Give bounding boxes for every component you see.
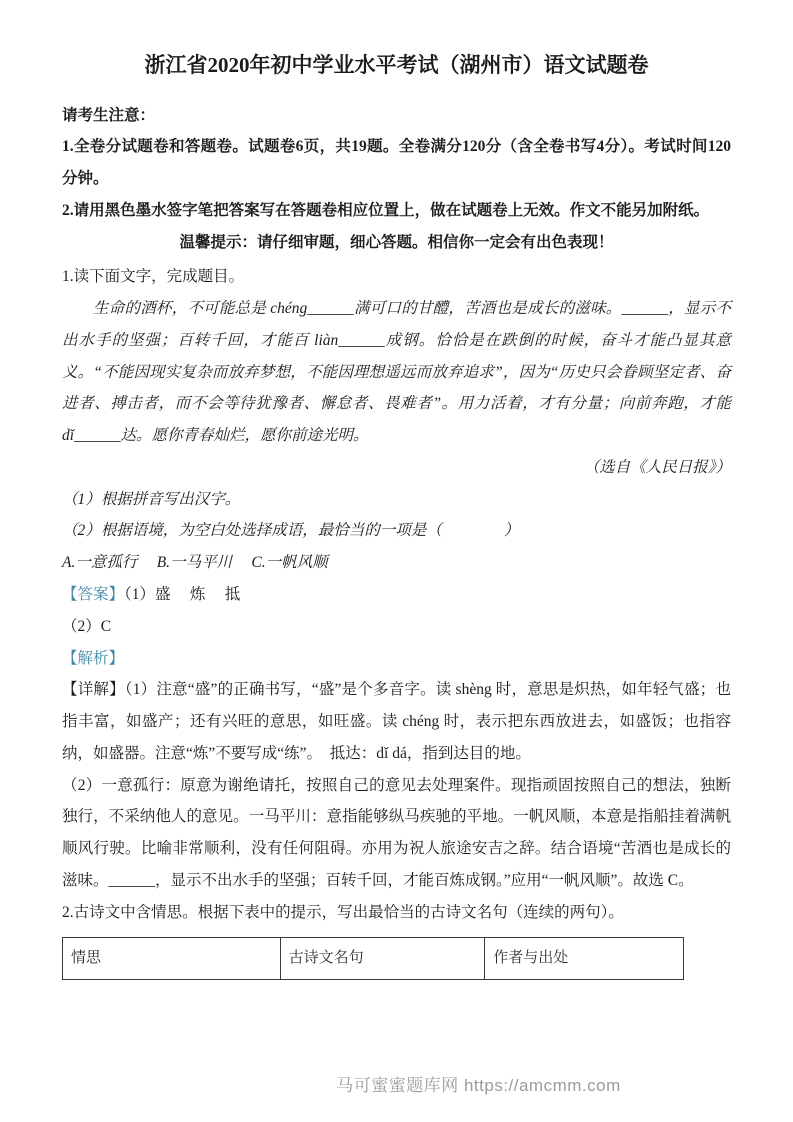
notice-item-2: 2.请用黑色墨水签字笔把答案写在答题卷相应位置上，做在试题卷上无效。作文不能另加…: [62, 195, 731, 227]
notice-tip: 温馨提示：请仔细审题，细心答题。相信你一定会有出色表现！: [62, 227, 731, 259]
question1-passage: 生命的酒杯，不可能总是 chéng______满可口的甘醴，苦酒也是成长的滋味。…: [62, 293, 731, 452]
question1-sub2: （2）根据语境，为空白处选择成语，最恰当的一项是（ ）: [62, 515, 731, 547]
question1-answer-line: 【答案】（1）盛 炼 抵: [62, 579, 731, 611]
question1-options: A.一意孤行 B.一马平川 C.一帆风顺: [62, 547, 731, 579]
page-title: 浙江省2020年初中学业水平考试（湖州市）语文试题卷: [62, 50, 731, 82]
notice-heading: 请考生注意：: [62, 100, 731, 132]
answer-label: 【答案】: [62, 586, 124, 603]
question2-stem: 2.古诗文中含情思。根据下表中的提示，写出最恰当的古诗文名句（连续的两句）。: [62, 897, 731, 929]
table-header-qingsi: 情思: [63, 938, 281, 980]
question1-stem: 1.读下面文字，完成题目。: [62, 261, 731, 293]
table-header-zuozhe: 作者与出处: [485, 938, 684, 980]
question1-answer-2: （2）C: [62, 611, 731, 643]
notice-item-1: 1.全卷分试题卷和答题卷。试题卷6页，共19题。全卷满分120分（含全卷书写4分…: [62, 131, 731, 195]
question1-sub1: （1）根据拼音写出汉字。: [62, 484, 731, 516]
answer-1: （1）盛 炼 抵: [124, 586, 240, 603]
question1-source: （选自《人民日报》）: [62, 452, 731, 484]
analysis-label: 【解析】: [62, 643, 731, 675]
watermark-footer: 马可蜜蜜题库网 https://amcmm.com: [82, 1071, 793, 1096]
exam-page: 浙江省2020年初中学业水平考试（湖州市）语文试题卷 请考生注意： 1.全卷分试…: [0, 0, 793, 1122]
question2-table: 情思 古诗文名句 作者与出处: [62, 937, 684, 980]
table-header-row: 情思 古诗文名句 作者与出处: [63, 938, 684, 980]
table-header-mingju: 古诗文名句: [280, 938, 485, 980]
question1-detail-2: （2）一意孤行：原意为谢绝请托，按照自己的意见去处理案件。现指顽固按照自己的想法…: [62, 770, 731, 897]
question1-detail-1: 【详解】（1）注意“盛”的正确书写，“盛”是个多音字。读 shèng 时，意思是…: [62, 674, 731, 769]
